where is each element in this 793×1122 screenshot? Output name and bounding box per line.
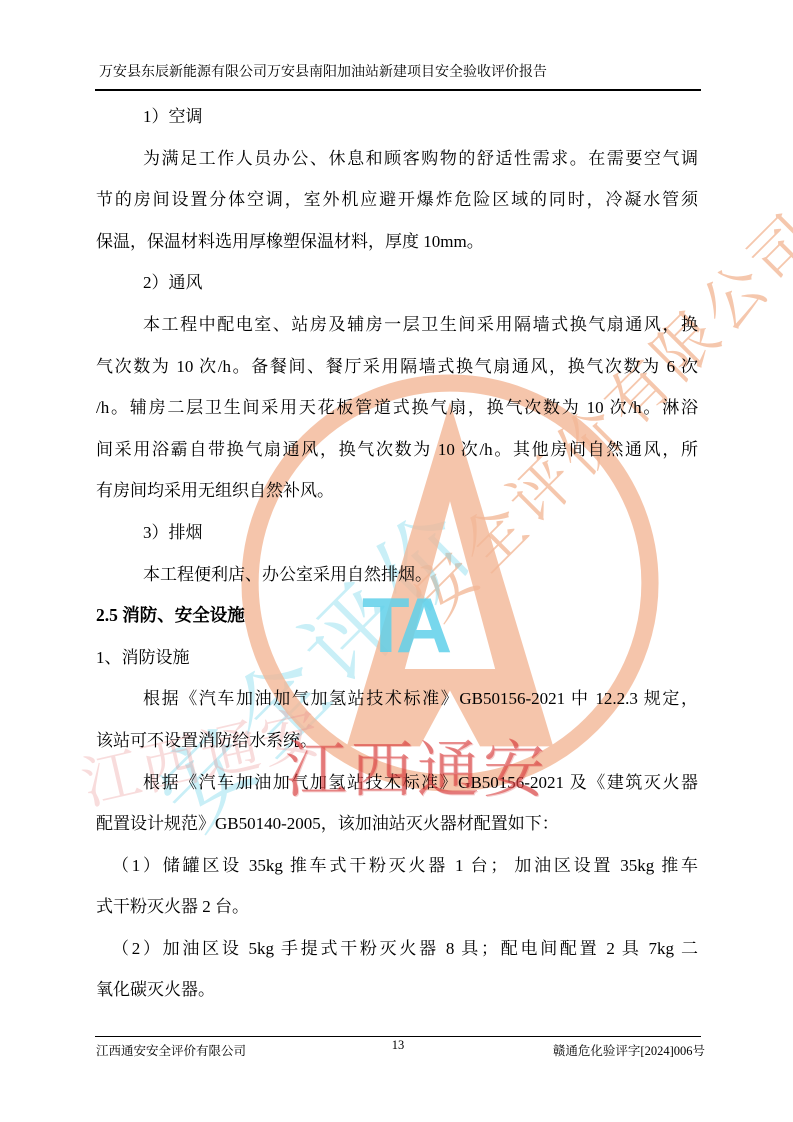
footer-rule xyxy=(95,1036,701,1037)
body-line: 保温，保温材料选用厚橡塑保温材料，厚度 10mm。 xyxy=(96,221,698,263)
body-text-block: 1）空调 为满足工作人员办公、休息和顾客购物的舒适性需求。在需要空气调 节的房间… xyxy=(96,96,698,1011)
body-line: 1）空调 xyxy=(96,96,698,138)
body-line: 根据《汽车加油加气加氢站技术标准》GB50156-2021 中 12.2.3 规… xyxy=(96,678,698,720)
footer-doc-number: 赣通危化验评字[2024]006号 xyxy=(553,1041,705,1059)
body-line: 氧化碳灭火器。 xyxy=(96,969,698,1011)
document-page: 安全评价有限公司 安全评价 TA 江西通安 江西通安 万安县东辰新能源有限公司万… xyxy=(0,0,793,1122)
body-line: 有房间均采用无组织自然补风。 xyxy=(96,470,698,512)
body-line: 配置设计规范》GB50140-2005，该加油站灭火器材配置如下： xyxy=(96,803,698,845)
body-line: 本工程便利店、办公室采用自然排烟。 xyxy=(96,554,698,596)
body-line: 节的房间设置分体空调，室外机应避开爆炸危险区域的同时，冷凝水管须 xyxy=(96,179,698,221)
body-line: 3）排烟 xyxy=(96,512,698,554)
section-heading: 2.5 消防、安全设施 xyxy=(96,595,698,637)
watermark-red-stamp-text: 江西通安 xyxy=(285,720,549,809)
body-line: 本工程中配电室、站房及辅房一层卫生间采用隔墙式换气扇通风，换 xyxy=(96,304,698,346)
body-line: 1、消防设施 xyxy=(96,637,698,679)
body-line: （1）储罐区设 35kg 推车式干粉灭火器 1 台； 加油区设置 35kg 推车 xyxy=(96,845,698,887)
body-line: 为满足工作人员办公、休息和顾客购物的舒适性需求。在需要空气调 xyxy=(96,138,698,180)
page-header-title: 万安县东辰新能源有限公司万安县南阳加油站新建项目安全验收评价报告 xyxy=(99,64,701,82)
body-line: 间采用浴霸自带换气扇通风，换气次数为 10 次/h。其他房间自然通风，所 xyxy=(96,429,698,471)
header-rule xyxy=(95,89,701,91)
body-line: 气次数为 10 次/h。备餐间、餐厅采用隔墙式换气扇通风，换气次数为 6 次 xyxy=(96,346,698,388)
body-line: 式干粉灭火器 2 台。 xyxy=(96,886,698,928)
body-line: （2）加油区设 5kg 手提式干粉灭火器 8 具；配电间配置 2 具 7kg 二 xyxy=(96,928,698,970)
body-line: 2）通风 xyxy=(96,262,698,304)
body-line: /h。辅房二层卫生间采用天花板管道式换气扇，换气次数为 10 次/h。淋浴 xyxy=(96,387,698,429)
